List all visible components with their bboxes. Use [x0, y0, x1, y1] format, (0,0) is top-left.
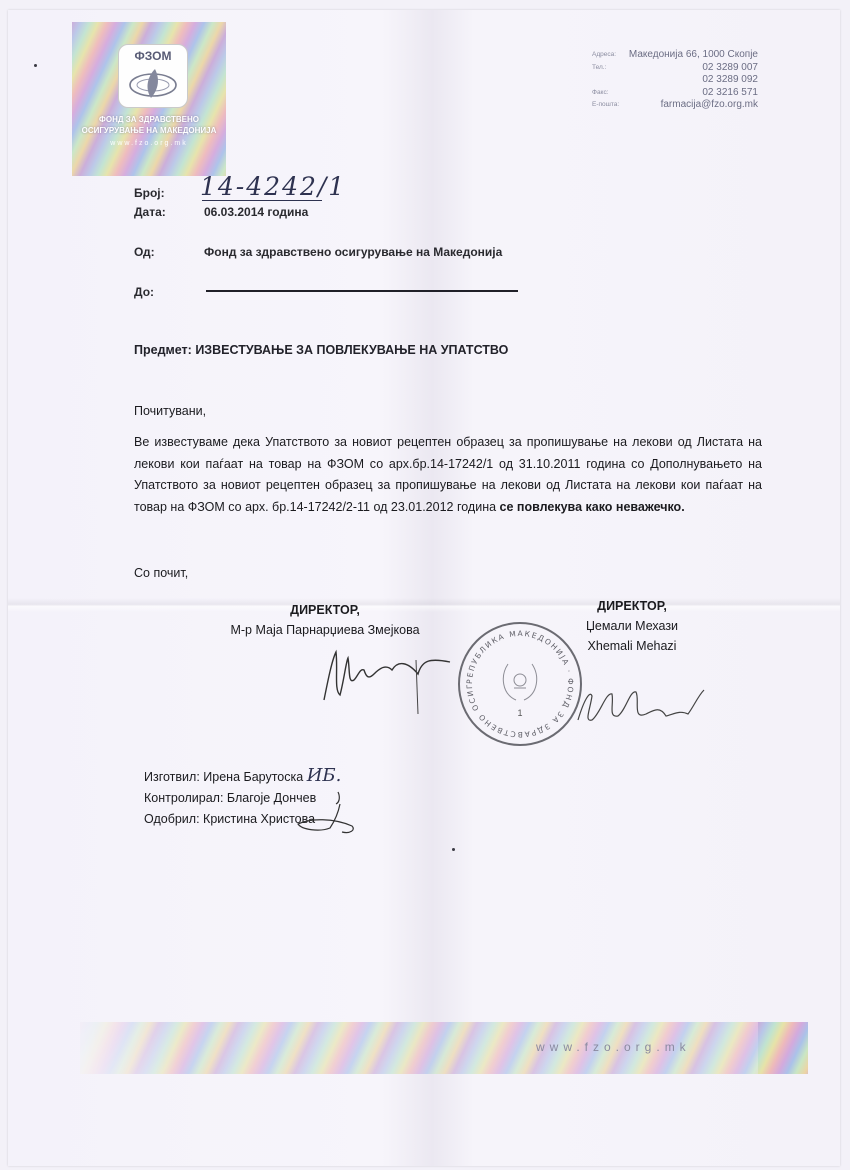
- phone-label: Тел.:: [592, 62, 606, 75]
- official-stamp: РЕПУБЛИКА МАКЕДОНИЈА · ФОНД ЗА ЗДРАВСТВЕ…: [458, 622, 582, 746]
- email: farmacija@fzo.org.mk: [661, 99, 758, 112]
- prepared-label: Изготвил:: [144, 770, 200, 784]
- number-label: Број:: [134, 186, 204, 200]
- signatory-1: ДИРЕКТОР, М-р Маја Парнарџиева Змејкова: [214, 600, 436, 640]
- email-label: Е-пошта:: [592, 99, 619, 112]
- to-blank-line: [206, 290, 518, 292]
- fzom-emblem-icon: [127, 65, 179, 101]
- handwritten-number: 14-4242/1: [200, 172, 346, 201]
- fax-label: Факс:: [592, 87, 609, 100]
- signatory-title: ДИРЕКТОР,: [562, 596, 702, 616]
- handwritten-underline: [202, 200, 322, 201]
- phone-1: 02 3289 007: [702, 62, 758, 75]
- signature-2-icon: [570, 670, 710, 740]
- prepared-row: Изготвил: Ирена Барутоска ИБ.: [144, 765, 341, 788]
- scanned-letter-page: [8, 10, 840, 1166]
- signatory-title: ДИРЕКТОР,: [214, 600, 436, 620]
- footer-band: [80, 1022, 808, 1074]
- approval-signature-icon: [290, 788, 370, 838]
- logo-website: www.fzo.org.mk: [72, 140, 226, 147]
- signature-1-icon: [318, 640, 458, 715]
- signatory-name: М-р Маја Парнарџиева Змејкова: [214, 620, 436, 640]
- body-paragraph: Ве известуваме дека Упатството за новиот…: [134, 432, 762, 518]
- to-row: До:: [134, 285, 204, 299]
- approved-label: Одобрил:: [144, 812, 200, 826]
- prepared-name: Ирена Барутоска: [203, 770, 303, 784]
- address: Македонија 66, 1000 Скопје: [629, 49, 758, 62]
- logo-caption: ФОНД ЗА ЗДРАВСТВЕНО ОСИГУРУВАЊЕ НА МАКЕД…: [72, 114, 226, 136]
- controlled-label: Контролирал:: [144, 791, 223, 805]
- from-label: Од:: [134, 245, 204, 259]
- number-row: Број:: [134, 186, 204, 200]
- subject-label: Предмет:: [134, 343, 192, 357]
- subject-text: ИЗВЕСТУВАЊЕ ЗА ПОВЛЕКУВАЊЕ НА УПАТСТВО: [195, 343, 508, 357]
- phone-2: 02 3289 092: [702, 74, 758, 87]
- scan-speck: [452, 848, 455, 851]
- signatory-name: Џемали Мехази: [562, 616, 702, 636]
- fzom-logo: ФЗОМ: [118, 44, 188, 108]
- stamp-ring-text-icon: РЕПУБЛИКА МАКЕДОНИЈА · ФОНД ЗА ЗДРАВСТВЕ…: [460, 624, 580, 744]
- scan-speck: [34, 64, 37, 67]
- from-row: Од:Фонд за здравствено осигурување на Ма…: [134, 245, 502, 259]
- fax: 02 3216 571: [702, 87, 758, 100]
- to-label: До:: [134, 285, 204, 299]
- signatory-name-latin: Xhemali Mehazi: [562, 636, 702, 656]
- body-emphasis: се повлекува како неважечко.: [500, 500, 685, 514]
- from-value: Фонд за здравствено осигурување на Макед…: [204, 245, 502, 259]
- address-label: Адреса:: [592, 49, 616, 62]
- svg-text:РЕПУБЛИКА МАКЕДОНИЈА · ФОНД ЗА: РЕПУБЛИКА МАКЕДОНИЈА · ФОНД ЗА ЗДРАВСТВЕ…: [460, 624, 575, 739]
- subject: Предмет: ИЗВЕСТУВАЊЕ ЗА ПОВЛЕКУВАЊЕ НА У…: [134, 343, 508, 357]
- logo-caption-line: ФОНД ЗА ЗДРАВСТВЕНО: [72, 114, 226, 125]
- date-row: Дата:06.03.2014 година: [134, 205, 308, 219]
- prepared-initials: ИБ.: [307, 765, 342, 786]
- date-label: Дата:: [134, 205, 204, 219]
- fzom-logo-block: ФЗОМ ФОНД ЗА ЗДРАВСТВЕНО ОСИГУРУВАЊЕ НА …: [72, 22, 226, 176]
- footer-corner-block: [758, 1022, 808, 1074]
- logo-abbreviation: ФЗОМ: [119, 49, 187, 63]
- date-value: 06.03.2014 година: [204, 205, 308, 219]
- signatory-2: ДИРЕКТОР, Џемали Мехази Xhemali Mehazi: [562, 596, 702, 656]
- logo-caption-line: ОСИГУРУВАЊЕ НА МАКЕДОНИЈА: [72, 125, 226, 136]
- closing: Со почит,: [134, 566, 188, 580]
- stamp-number: 1: [460, 708, 580, 718]
- greeting: Почитувани,: [134, 404, 206, 418]
- contact-info: Адреса:Македонија 66, 1000 Скопје Тел.:0…: [592, 49, 758, 112]
- footer-website: www.fzo.org.mk: [536, 1040, 691, 1054]
